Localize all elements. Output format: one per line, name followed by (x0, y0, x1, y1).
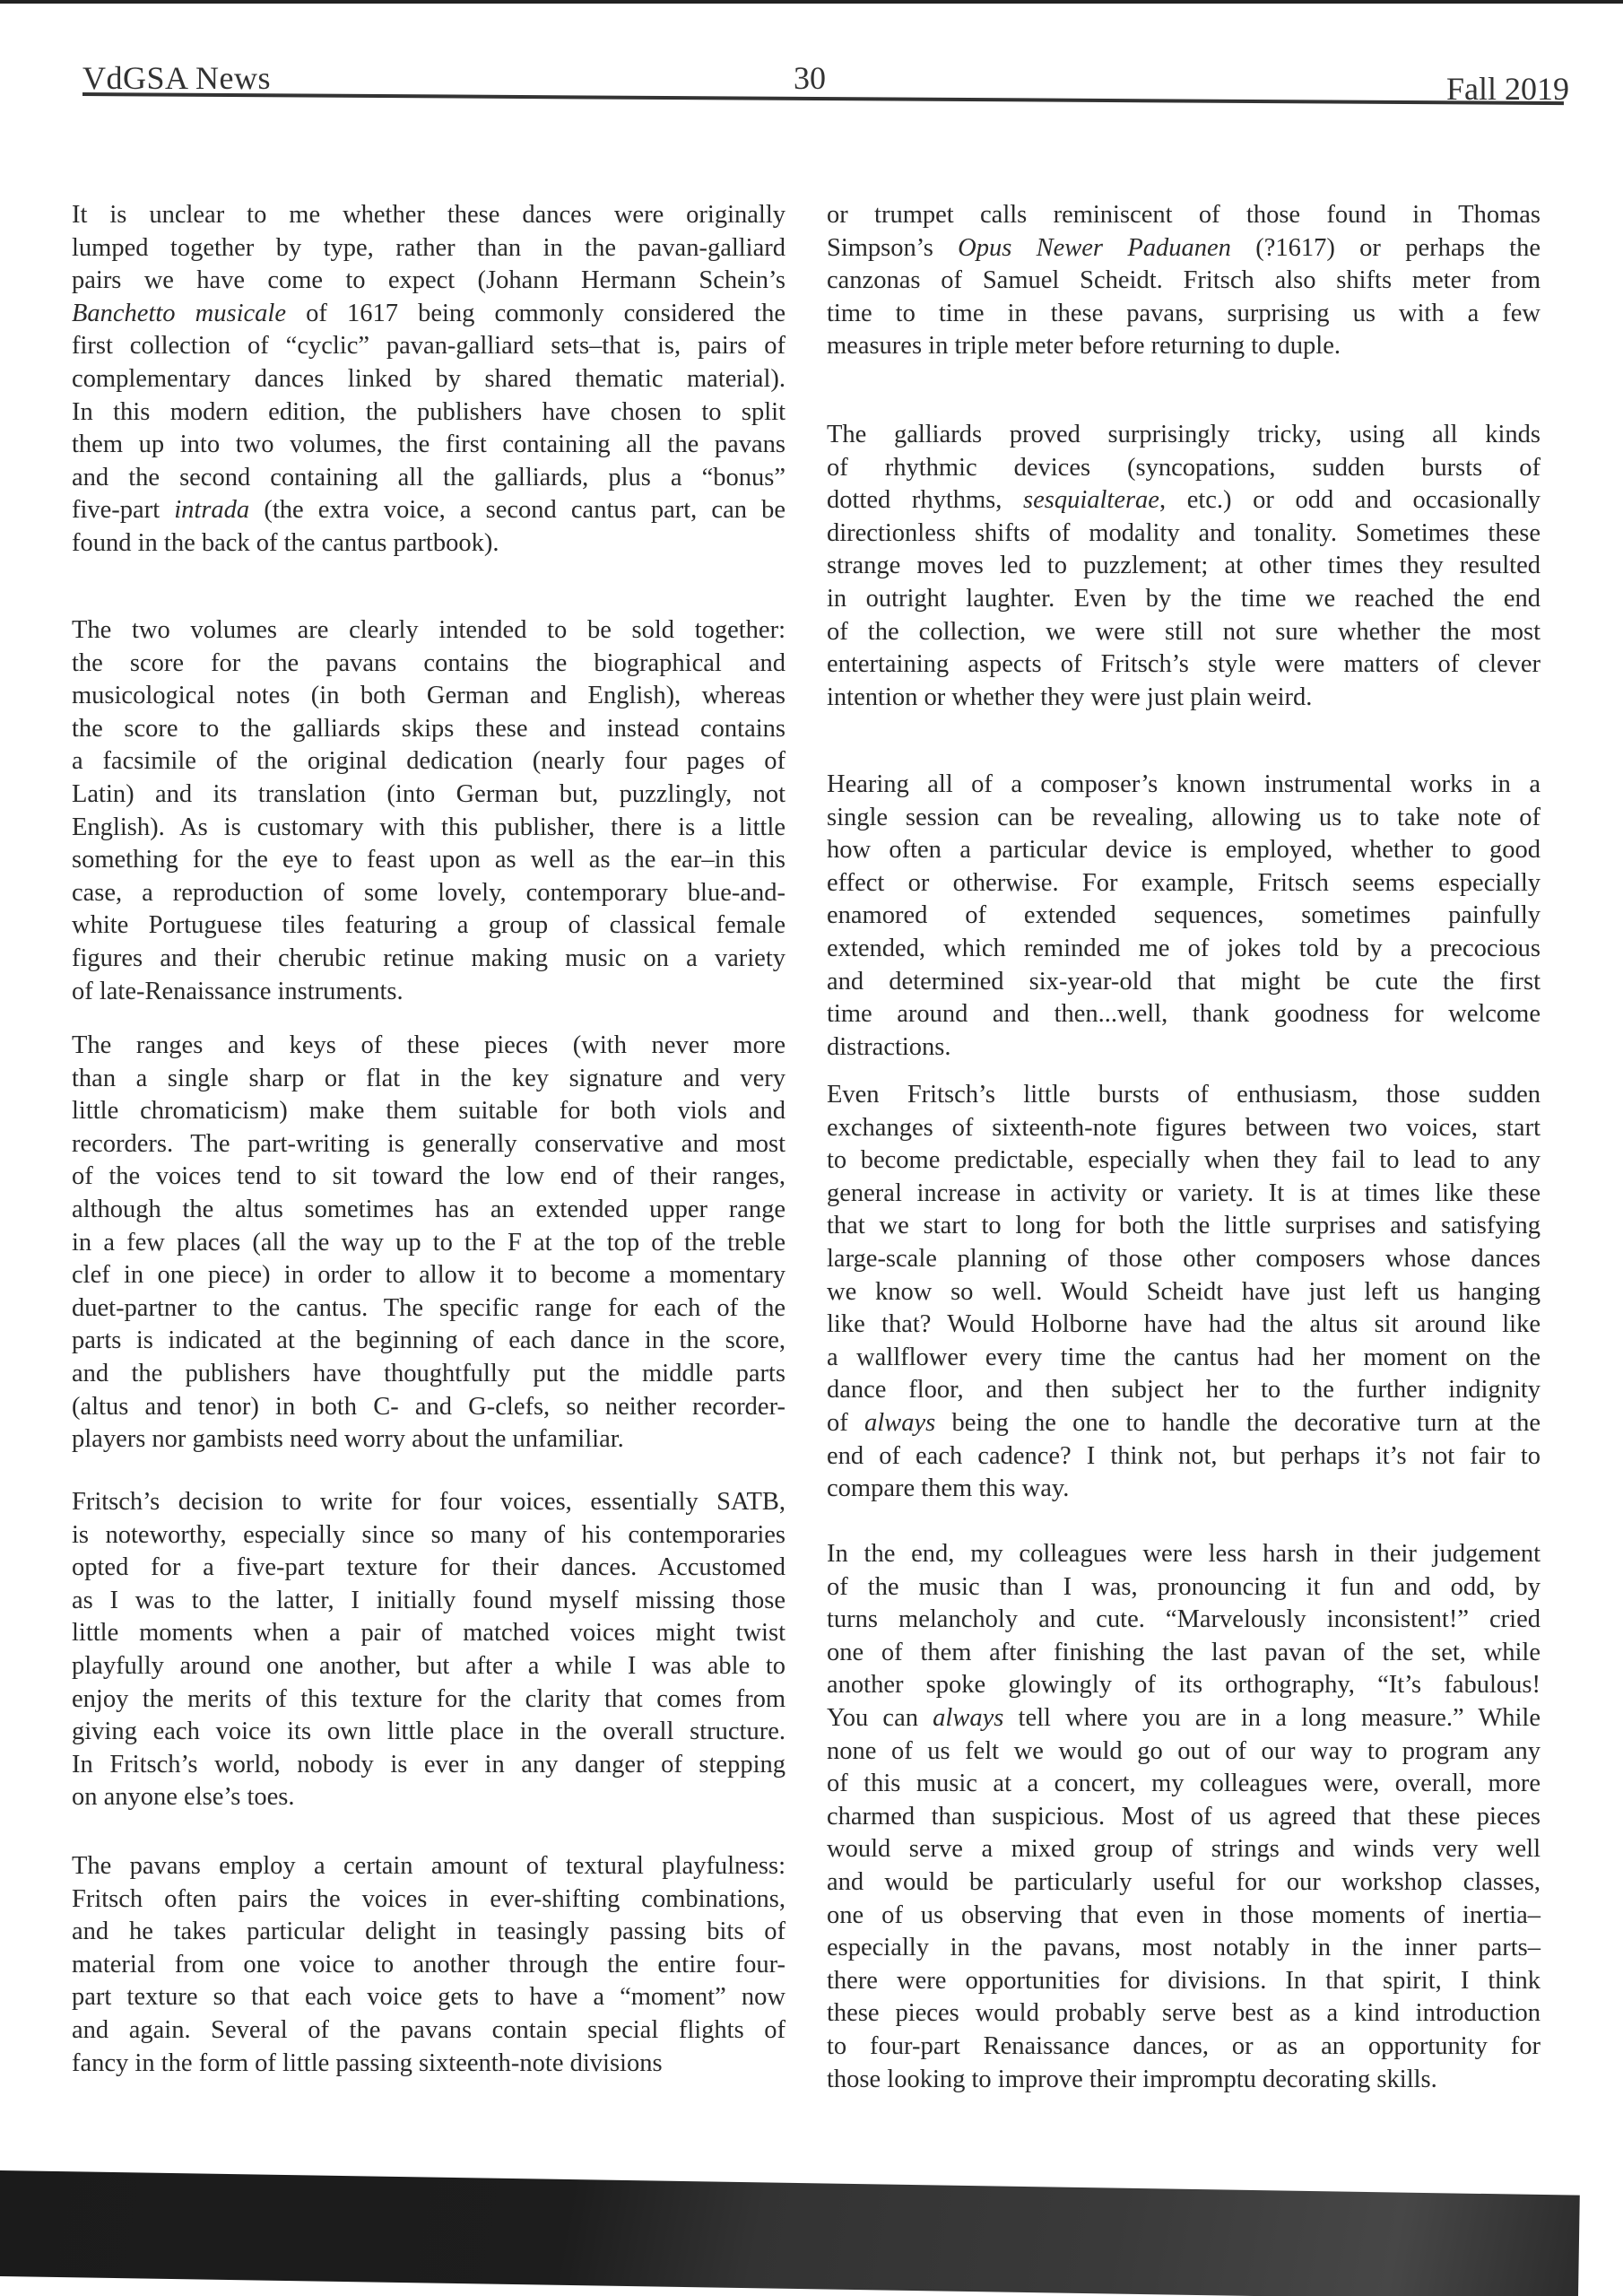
text-line: something for the eye to feast upon as w… (72, 844, 785, 877)
article-paragraph: Fritsch’s decision to write for four voi… (72, 1486, 785, 1814)
text-line: lumped together by type, rather than in … (72, 232, 785, 265)
text-line: English). As is customary with this publ… (72, 812, 785, 845)
text-line: and again. Several of the pavans contain… (72, 2014, 785, 2048)
text-line: part texture so that each voice gets to … (72, 1981, 785, 2014)
text-line: directionless shifts of modality and ton… (827, 517, 1541, 551)
text-line: case, a reproduction of some lovely, con… (72, 877, 785, 910)
text-line: and he takes particular delight in teasi… (72, 1916, 785, 1949)
page-number: 30 (794, 59, 826, 97)
text-line: to four-part Renaissance dances, or as a… (827, 2031, 1541, 2064)
text-line: exchanges of sixteenth-note figures betw… (827, 1112, 1541, 1145)
text-line: intention or whether they were just plai… (827, 682, 1541, 715)
bottom-decorative-band (0, 2170, 1580, 2296)
text-line: Even Fritsch’s little bursts of enthusia… (827, 1079, 1541, 1112)
text-line: a wallflower every time the cantus had h… (827, 1342, 1541, 1375)
text-line: The galliards proved surprisingly tricky… (827, 419, 1541, 452)
text-line: Fritsch’s decision to write for four voi… (72, 1486, 785, 1519)
text-line: Banchetto musicale of 1617 being commonl… (72, 298, 785, 331)
text-line: them up into two volumes, the first cont… (72, 429, 785, 462)
text-line: parts is indicated at the beginning of e… (72, 1325, 785, 1358)
text-line: In this modern edition, the publishers h… (72, 396, 785, 430)
text-line: enamored of extended sequences, sometime… (827, 900, 1541, 933)
text-line: of late-Renaissance instruments. (72, 976, 785, 1009)
text-line: there were opportunities for divisions. … (827, 1965, 1541, 1998)
publication-title: VdGSA News (82, 59, 271, 97)
text-line: or trumpet calls reminiscent of those fo… (827, 199, 1541, 232)
text-line: The pavans employ a certain amount of te… (72, 1850, 785, 1883)
text-line: these pieces would probably serve best a… (827, 1997, 1541, 2031)
text-line: general increase in activity or variety.… (827, 1178, 1541, 1211)
text-line: turns melancholy and cute. “Marvelously … (827, 1604, 1541, 1637)
text-line: pairs we have come to expect (Johann Her… (72, 265, 785, 298)
text-line: than a single sharp or flat in the key s… (72, 1063, 785, 1096)
text-line: of rhythmic devices (syncopations, sudde… (827, 452, 1541, 485)
text-line: measures in triple meter before returnin… (827, 330, 1541, 363)
text-line: charmed than suspicious. Most of us agre… (827, 1801, 1541, 1834)
text-line: one of them after finishing the last pav… (827, 1637, 1541, 1670)
article-paragraph: The pavans employ a certain amount of te… (72, 1850, 785, 2080)
text-line: It is unclear to me whether these dances… (72, 199, 785, 232)
text-line: time around and then...well, thank goodn… (827, 998, 1541, 1031)
text-line: on anyone else’s toes. (72, 1781, 785, 1814)
text-line: white Portuguese tiles featuring a group… (72, 909, 785, 943)
text-line: of always being the one to handle the de… (827, 1407, 1541, 1440)
text-line: clef in one piece) in order to allow it … (72, 1259, 785, 1292)
text-line: how often a particular device is employe… (827, 834, 1541, 867)
text-line: canzonas of Samuel Scheidt. Fritsch also… (827, 265, 1541, 298)
text-line: duet-partner to the cantus. The specific… (72, 1292, 785, 1326)
text-line: as I was to the latter, I initially foun… (72, 1585, 785, 1618)
text-line: of the collection, we were still not sur… (827, 616, 1541, 649)
text-line: dotted rhythms, sesquialterae, etc.) or … (827, 484, 1541, 517)
article-paragraph: In the end, my colleagues were less hars… (827, 1538, 1541, 2096)
article-paragraph: or trumpet calls reminiscent of those fo… (827, 199, 1541, 363)
text-line: dance floor, and then subject her to the… (827, 1374, 1541, 1407)
article-paragraph: The galliards proved surprisingly tricky… (827, 419, 1541, 714)
text-line: The ranges and keys of these pieces (wit… (72, 1030, 785, 1063)
text-line: time to time in these pavans, surprising… (827, 298, 1541, 331)
text-line: recorders. The part-writing is generally… (72, 1128, 785, 1161)
text-line: and determined six-year-old that might b… (827, 966, 1541, 999)
text-line: would serve a mixed group of strings and… (827, 1833, 1541, 1866)
text-line: Latin) and its translation (into German … (72, 778, 785, 812)
text-line: Simpson’s Opus Newer Paduanen (?1617) or… (827, 232, 1541, 265)
text-line: compare them this way. (827, 1473, 1541, 1506)
text-line: end of each cadence? I think not, but pe… (827, 1440, 1541, 1474)
text-line: material from one voice to another throu… (72, 1949, 785, 1982)
text-line: enjoy the merits of this texture for the… (72, 1683, 785, 1717)
text-line: and the second containing all the gallia… (72, 462, 785, 495)
text-line: none of us felt we would go out of our w… (827, 1735, 1541, 1769)
text-line: figures and their cherubic retinue makin… (72, 943, 785, 976)
article-paragraph: Even Fritsch’s little bursts of enthusia… (827, 1079, 1541, 1506)
text-line: in a few places (all the way up to the F… (72, 1227, 785, 1260)
text-line: extended, which reminded me of jokes tol… (827, 933, 1541, 966)
text-line: another spoke glowingly of its orthograp… (827, 1669, 1541, 1702)
text-line: although the altus sometimes has an exte… (72, 1194, 785, 1227)
text-line: entertaining aspects of Fritsch’s style … (827, 648, 1541, 682)
text-line: is noteworthy, especially since so many … (72, 1519, 785, 1552)
text-line: strange moves led to puzzlement; at othe… (827, 550, 1541, 583)
text-line: complementary dances linked by shared th… (72, 363, 785, 396)
article-paragraph: It is unclear to me whether these dances… (72, 199, 785, 561)
text-line: little chromaticism) make them suitable … (72, 1095, 785, 1128)
text-line: found in the back of the cantus partbook… (72, 527, 785, 561)
text-line: Hearing all of a composer’s known instru… (827, 769, 1541, 802)
text-line: playfully around one another, but after … (72, 1650, 785, 1683)
text-line: especially in the pavans, most notably i… (827, 1932, 1541, 1965)
text-line: of the music than I was, pronouncing it … (827, 1571, 1541, 1605)
article-paragraph: The two volumes are clearly intended to … (72, 614, 785, 1008)
text-line: little moments when a pair of matched vo… (72, 1617, 785, 1650)
text-line: (altus and tenor) in both C- and G-clefs… (72, 1391, 785, 1424)
text-line: fancy in the form of little passing sixt… (72, 2048, 785, 2081)
text-line: musicological notes (in both German and … (72, 680, 785, 713)
text-line: players nor gambists need worry about th… (72, 1423, 785, 1457)
text-line: opted for a five-part texture for their … (72, 1552, 785, 1585)
text-line: and the publishers have thoughtfully put… (72, 1358, 785, 1391)
text-line: giving each voice its own little place i… (72, 1716, 785, 1749)
text-line: of the voices tend to sit toward the low… (72, 1161, 785, 1194)
text-line: and would be particularly useful for our… (827, 1866, 1541, 1900)
text-line: The two volumes are clearly intended to … (72, 614, 785, 648)
text-line: the score for the pavans contains the bi… (72, 648, 785, 681)
text-line: in outright laughter. Even by the time w… (827, 583, 1541, 616)
text-line: that we start to long for both the littl… (827, 1210, 1541, 1243)
text-line: to become predictable, especially when t… (827, 1144, 1541, 1178)
text-line: a facsimile of the original dedication (… (72, 745, 785, 778)
text-line: single session can be revealing, allowin… (827, 802, 1541, 835)
article-paragraph: Hearing all of a composer’s known instru… (827, 769, 1541, 1064)
text-line: of this music at a concert, my colleague… (827, 1768, 1541, 1801)
text-line: In the end, my colleagues were less hars… (827, 1538, 1541, 1571)
text-line: large-scale planning of those other comp… (827, 1243, 1541, 1276)
text-line: five-part intrada (the extra voice, a se… (72, 494, 785, 527)
text-line: those looking to improve their impromptu… (827, 2064, 1541, 2097)
text-line: Fritsch often pairs the voices in ever-s… (72, 1883, 785, 1917)
article-paragraph: The ranges and keys of these pieces (wit… (72, 1030, 785, 1457)
text-line: You can always tell where you are in a l… (827, 1702, 1541, 1735)
page-top-edge (0, 0, 1623, 4)
text-line: like that? Would Holborne have had the a… (827, 1309, 1541, 1342)
text-line: effect or otherwise. For example, Fritsc… (827, 867, 1541, 900)
text-line: first collection of “cyclic” pavan-galli… (72, 330, 785, 363)
text-line: we know so well. Would Scheidt have just… (827, 1276, 1541, 1309)
text-line: the score to the galliards skips these a… (72, 713, 785, 746)
text-line: In Fritsch’s world, nobody is ever in an… (72, 1749, 785, 1782)
text-line: distractions. (827, 1031, 1541, 1065)
text-line: one of us observing that even in those m… (827, 1900, 1541, 1933)
